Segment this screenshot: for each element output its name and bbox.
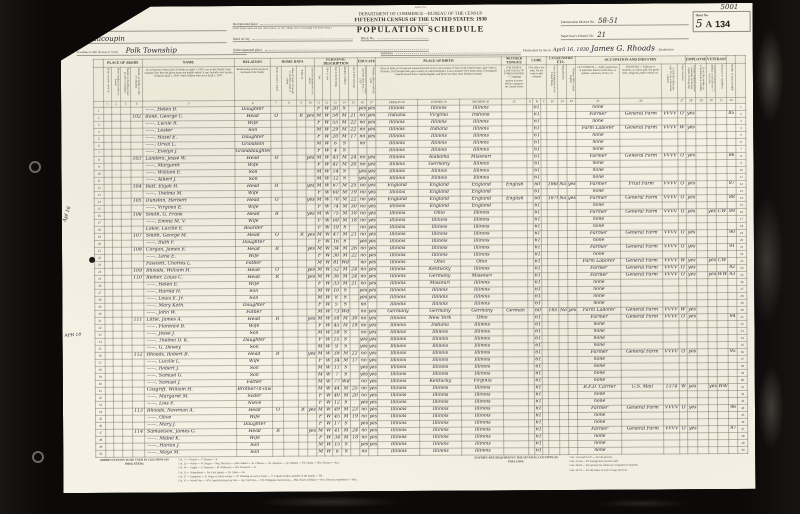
cell-fsched	[728, 307, 737, 314]
cell-sex: F	[317, 421, 325, 428]
cell-radio	[297, 197, 306, 204]
column-sub-label-age: Age at last birthday	[334, 67, 337, 87]
cell-fsched	[728, 370, 737, 377]
cell-vet	[707, 146, 716, 153]
cell-cB: 61	[534, 329, 542, 336]
cell-sch: no	[358, 162, 367, 169]
cell-imm	[547, 168, 558, 175]
cell-agem	[350, 372, 359, 379]
cell-work	[686, 188, 696, 195]
cell-lnL: 10	[94, 171, 104, 178]
cell-lnL: 14	[94, 199, 104, 206]
cell-race: W	[325, 407, 333, 414]
cell-fam: 111	[132, 317, 144, 324]
cell-lnR: 12	[736, 181, 746, 188]
column-sub-label-own: Home owned or rented	[275, 67, 278, 91]
cell-dwell	[121, 226, 131, 233]
cell-dwell	[123, 450, 133, 457]
cell-imm	[547, 175, 558, 182]
cell-radio	[298, 393, 307, 400]
cell-street	[105, 338, 113, 345]
cell-lnR: 37	[737, 356, 747, 363]
cell-lnL: 48	[96, 437, 106, 444]
cell-street	[104, 184, 112, 191]
cell-fsched	[729, 433, 738, 440]
cell-cls	[678, 167, 686, 174]
cell-rw: yes	[369, 435, 378, 442]
cell-lnL: 11	[94, 178, 104, 185]
cell-street	[106, 450, 114, 457]
cell-age: 34	[332, 246, 341, 253]
cell-nat	[559, 287, 568, 294]
column-sub-nat: Naturalization	[558, 65, 567, 99]
cell-agem: 22	[350, 253, 359, 260]
cell-mar: S	[342, 421, 351, 428]
cell-race: W	[324, 316, 332, 323]
cell-war	[717, 265, 728, 272]
cell-house	[113, 275, 122, 282]
cell-vet	[707, 181, 716, 188]
cell-sex: F	[315, 218, 323, 225]
cell-eng	[568, 245, 577, 252]
cell-cls	[678, 132, 686, 139]
cell-street	[105, 359, 113, 366]
cell-imm: 1857	[548, 308, 559, 315]
cell-age: 67	[331, 183, 340, 190]
cell-farm	[307, 323, 316, 330]
cell-unemp	[696, 139, 707, 146]
column-sub-sex: Sex	[314, 66, 322, 100]
column-group-employment: EMPLOYMENT	[686, 56, 707, 64]
cell-occ: R.F.D. Carrier	[578, 384, 622, 391]
cell-race: W	[323, 155, 331, 162]
cell-farm	[307, 365, 316, 372]
cell-street	[104, 198, 112, 205]
cell-cls: O	[679, 349, 687, 356]
cell-war	[717, 251, 728, 258]
cell-fsched: 92	[728, 265, 737, 272]
cell-radio	[297, 141, 306, 148]
cell-cls	[679, 251, 687, 258]
cell-vet	[708, 265, 717, 272]
cell-farm	[306, 225, 315, 232]
cell-fsched: 90	[728, 230, 737, 237]
cell-imm	[548, 224, 559, 231]
cell-work	[687, 335, 697, 342]
cell-radio	[297, 190, 306, 197]
cell-mar: M	[340, 162, 349, 169]
cell-radio	[298, 323, 307, 330]
cell-nat	[559, 385, 568, 392]
cell-own: R	[272, 351, 283, 358]
cell-ocode: VVVV	[662, 111, 678, 118]
cell-lnL: 3	[94, 122, 104, 129]
cell-ocode: 1374	[664, 384, 680, 391]
cell-radio	[298, 260, 307, 267]
cell-radio	[298, 386, 307, 393]
cell-sch: no	[358, 120, 367, 127]
cell-nat	[558, 126, 567, 133]
cell-war	[716, 139, 727, 146]
cell-war	[718, 412, 729, 419]
cell-street	[105, 387, 113, 394]
cell-unemp	[696, 216, 707, 223]
cell-sex: F	[316, 323, 324, 330]
column-group-relation: RELATION	[234, 58, 270, 66]
cell-sch: yes	[360, 442, 369, 449]
enumeration-district-label: Enumeration District No.	[561, 20, 595, 24]
cell-cB: 61	[534, 238, 542, 245]
cell-lnR: 26	[737, 279, 747, 286]
cell-nat	[558, 119, 567, 126]
cell-lnL: 18	[94, 227, 104, 234]
cell-ind: General Farm	[621, 230, 663, 237]
cell-house	[112, 170, 121, 177]
cell-sex: M	[316, 351, 324, 358]
cell-war	[716, 160, 727, 167]
cell-lnR: 46	[738, 419, 748, 426]
cell-eng	[567, 154, 576, 161]
cell-imm	[549, 420, 560, 427]
cell-imm	[548, 301, 559, 308]
cell-own	[272, 281, 283, 288]
cell-nat	[560, 413, 569, 420]
cell-eng	[568, 322, 577, 329]
cell-agem: 17	[350, 358, 359, 365]
cell-work	[687, 321, 697, 328]
cell-war	[717, 244, 728, 251]
cell-vet	[707, 125, 716, 132]
cell-vet: yes	[709, 384, 718, 391]
cell-war	[716, 153, 727, 160]
cell-agem	[350, 337, 359, 344]
cell-fsched	[727, 146, 736, 153]
cell-vet	[708, 370, 717, 377]
cell-street	[104, 114, 112, 121]
cell-house	[112, 205, 121, 212]
cell-ocode: VVVV	[664, 426, 680, 433]
cell-cls: O	[679, 244, 687, 251]
column-sub-label-tongue: (OR NATIVE LANGUAGE) OF FOREIGN BORN — L…	[504, 66, 524, 88]
cell-lnR: 40	[737, 377, 747, 384]
cell-lnR: 17	[736, 216, 746, 223]
cell-house	[113, 352, 122, 359]
cell-fsched	[728, 342, 737, 349]
cell-rw: yes	[368, 295, 377, 302]
cell-own	[272, 386, 283, 393]
cell-race: W	[324, 323, 332, 330]
cell-eng	[567, 210, 576, 217]
cell-fsched	[727, 125, 736, 132]
cell-work	[688, 391, 698, 398]
cell-farm	[306, 134, 315, 141]
cell-ind: General Farm	[621, 265, 663, 272]
cell-work: yes	[688, 384, 698, 391]
cell-ind: General Farm	[620, 125, 662, 132]
cell-ocode: VVVV	[662, 209, 678, 216]
cell-imm	[548, 315, 559, 322]
cell-sex: M	[316, 365, 324, 372]
cell-ocode: VVVV	[664, 405, 680, 412]
cell-rel: Son	[237, 450, 273, 457]
column-sub-label-ocode: CODE (For office use only. Do not write …	[665, 65, 673, 93]
cell-agem: 18	[351, 435, 360, 442]
cell-war	[718, 433, 729, 440]
cell-farm	[306, 148, 315, 155]
cell-lnL: 9	[94, 164, 104, 171]
cell-race: W	[323, 113, 331, 120]
schedule-table-wrap: PLACE OF ABODENAMERELATIONHOME DATAPERSO…	[93, 55, 747, 458]
cell-lnL: 40	[95, 381, 105, 388]
census-table: PLACE OF ABODENAMERELATIONHOME DATAPERSO…	[93, 55, 749, 458]
cell-occ: Farm Laborer	[577, 258, 621, 265]
cell-dwell	[122, 408, 132, 415]
cell-ocode: VVVV	[662, 125, 678, 132]
cell-dwell	[122, 387, 132, 394]
cell-radio	[298, 267, 307, 274]
cell-cls	[678, 188, 686, 195]
column-sub-label-agem: Age at first marriage	[352, 67, 355, 89]
cell-imm	[548, 385, 559, 392]
cell-farm	[306, 120, 315, 127]
cell-eng	[567, 203, 576, 210]
cell-cls	[678, 146, 686, 153]
state-field: State Illinois	[77, 21, 227, 32]
cell-rw: yes	[367, 155, 376, 162]
cell-farm	[307, 295, 316, 302]
cell-vet	[708, 251, 717, 258]
cell-mar: M	[340, 155, 349, 162]
column-sub-lnR	[736, 64, 746, 98]
cell-street	[105, 303, 113, 310]
cell-race: W	[323, 239, 331, 246]
cell-house	[113, 338, 122, 345]
cell-age: 34	[332, 358, 341, 365]
cell-ind: General Farm	[620, 195, 662, 202]
ward-field: Ward of city	[233, 36, 353, 42]
cell-cls: O	[679, 314, 687, 321]
cell-work: yes	[687, 258, 697, 265]
cell-radio	[299, 428, 308, 435]
cell-nat	[559, 266, 568, 273]
cell-imm	[548, 371, 559, 378]
cell-mar: S	[340, 169, 349, 176]
column-sub-label-war: What war or expedition	[720, 64, 723, 89]
column-group-citizenship: CITIZENSHIP, ETC.	[546, 56, 575, 64]
cell-nat	[558, 154, 567, 161]
cell-lnR: 11	[736, 174, 746, 181]
column-sub-label-work: Whether actually at work yesterday (or t…	[686, 64, 694, 92]
cell-street	[104, 177, 112, 184]
cell-mar: S	[340, 148, 349, 155]
cell-lnL: 47	[96, 430, 106, 437]
cell-sch: yes	[360, 400, 369, 407]
cell-imm	[548, 364, 559, 371]
cell-imm	[547, 210, 558, 217]
cell-nat	[558, 217, 567, 224]
cell-radio	[298, 253, 307, 260]
cell-work	[687, 251, 697, 258]
cell-farm	[307, 372, 316, 379]
column-sub-agem: Age at first marriage	[348, 66, 357, 100]
cell-rw: yes	[367, 106, 376, 113]
cell-vet	[708, 342, 717, 349]
cell-fsched	[728, 321, 737, 328]
cell-age: 41	[331, 162, 340, 169]
cell-age: 60	[331, 190, 340, 197]
cell-lnL: 15	[94, 206, 104, 213]
cell-sex: M	[316, 316, 324, 323]
cell-vet	[707, 202, 716, 209]
cell-house	[113, 324, 122, 331]
cell-own	[272, 309, 283, 316]
cell-own	[272, 288, 283, 295]
cell-cB: 61	[534, 301, 542, 308]
cell-war	[716, 181, 727, 188]
cell-unemp	[697, 293, 708, 300]
supervisors-district-field: Supervisor's District No. 21	[561, 30, 689, 40]
cell-sch: no	[359, 232, 368, 239]
cell-lnR: 47	[738, 426, 748, 433]
cell-agem	[350, 330, 359, 337]
cell-mar: Wd	[341, 260, 350, 267]
cell-fsched	[729, 447, 738, 454]
cell-race: W	[324, 281, 332, 288]
cell-unemp	[696, 202, 707, 209]
cell-nat	[558, 189, 567, 196]
cell-lnR: 50	[738, 447, 748, 454]
cell-ind: General Farm	[622, 426, 664, 433]
cell-nat	[559, 315, 568, 322]
cell-lnL: 36	[95, 353, 105, 360]
cell-unemp	[696, 146, 707, 153]
cell-war	[717, 370, 728, 377]
cell-nat	[559, 350, 568, 357]
column-sub-name: of each person whose place of abode on A…	[142, 67, 234, 102]
cell-age: 12	[332, 400, 341, 407]
column-sub-label-street: Street, avenue, road, etc.	[106, 68, 109, 94]
cell-work: yes	[687, 272, 697, 279]
cell-agem: 21	[349, 113, 358, 120]
cell-own: R	[271, 211, 282, 218]
cell-dwell	[121, 135, 131, 142]
inspection-stamp-dot	[89, 257, 95, 263]
cell-sch: no	[359, 323, 368, 330]
cell-farm	[306, 176, 315, 183]
cell-cls	[678, 139, 686, 146]
cell-race: W	[323, 148, 331, 155]
cell-sex: F	[315, 190, 323, 197]
cell-eng	[568, 329, 577, 336]
cell-rw: yes	[368, 260, 377, 267]
cell-cls	[678, 202, 686, 209]
cell-rw: yes	[367, 204, 376, 211]
cell-age: 14	[331, 169, 340, 176]
cell-house	[113, 401, 122, 408]
column-group-farmsched	[727, 55, 736, 63]
cell-nat	[558, 105, 567, 112]
cell-agem: 19	[349, 190, 358, 197]
cell-imm	[547, 217, 558, 224]
cell-sex: M	[315, 141, 323, 148]
cell-cls	[678, 118, 686, 125]
cell-imm	[548, 238, 559, 245]
cell-cB: 61	[534, 259, 542, 266]
cell-dwell	[122, 324, 132, 331]
cell-unemp	[697, 237, 708, 244]
sheet-number-box: Sheet No. 5 A 134	[693, 11, 751, 32]
cell-vet	[709, 398, 718, 405]
cell-own	[272, 358, 283, 365]
cell-radio	[298, 379, 307, 386]
cell-farm: yes	[306, 113, 315, 120]
cell-lnR: 21	[737, 244, 747, 251]
cell-lnL: 35	[95, 346, 105, 353]
column-group-abode: PLACE OF ABODE	[103, 59, 142, 67]
cell-work: yes	[687, 349, 697, 356]
cell-street	[106, 415, 114, 422]
cell-nat	[560, 406, 569, 413]
cell-imm	[547, 133, 558, 140]
cell-dwell	[121, 219, 131, 226]
cell-race: W	[324, 302, 332, 309]
cell-eng	[568, 301, 577, 308]
cell-cB: 61	[534, 224, 542, 231]
cell-dwell	[121, 142, 131, 149]
cell-cls: O	[678, 111, 686, 118]
column-group-education: EDUCATION	[357, 58, 375, 66]
cell-sex: M	[316, 379, 324, 386]
column-sub-label-mar: Marital condition	[343, 67, 346, 85]
cell-work	[686, 216, 696, 223]
cell-imm: 1868	[547, 182, 558, 189]
column-sub-mar: Marital condition	[339, 66, 348, 100]
cell-war	[717, 279, 728, 286]
column-sub-label-race: Color or race	[325, 67, 328, 81]
cell-sch: no	[359, 281, 368, 288]
cell-own	[272, 295, 283, 302]
cell-val	[284, 449, 299, 456]
cell-work	[687, 237, 697, 244]
cell-radio	[297, 134, 306, 141]
cell-fsched	[727, 132, 736, 139]
cell-street	[105, 296, 113, 303]
cell-farm	[308, 421, 317, 428]
cell-agem: 18	[349, 218, 358, 225]
cell-sch: no	[358, 225, 367, 232]
cell-war	[717, 286, 728, 293]
cell-nat: Na	[558, 196, 567, 203]
cell-fsched: 91	[728, 244, 737, 251]
column-sub-label-sch: Attended school or college any time sinc…	[358, 66, 366, 94]
cell-rw	[367, 141, 376, 148]
cell-lnL: 50	[96, 451, 106, 458]
column-sub-label-rel: Relationship of this person to the head …	[237, 68, 269, 74]
cell-street	[105, 394, 113, 401]
cell-tongue: English	[502, 182, 527, 189]
cell-cB: 61	[534, 252, 542, 259]
cell-nat: Na	[559, 308, 568, 315]
cell-cls	[679, 335, 687, 342]
cell-age: 75	[331, 211, 340, 218]
cell-lnL: 17	[94, 220, 104, 227]
enumerator-line: Enumerated by me on April 16, 1930 James…	[523, 43, 751, 53]
cell-mar: M	[340, 120, 349, 127]
cell-street	[105, 380, 113, 387]
column-sub-eng: Whether able to speak English	[567, 65, 576, 99]
cell-radio	[297, 176, 306, 183]
column-sub-bp: Place of birth of each person enumerated…	[376, 65, 502, 100]
